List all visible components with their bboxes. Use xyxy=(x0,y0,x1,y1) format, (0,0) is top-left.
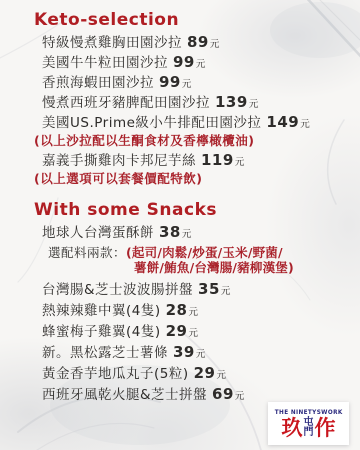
item-name: 蜂蜜梅子雞翼(4隻) xyxy=(42,324,161,340)
item-price: 139 xyxy=(215,93,248,111)
keto-salad-note: (以上沙拉配以生酮食材及香檸橄欖油) xyxy=(34,132,350,150)
snacks-section-title: With some Snacks xyxy=(34,198,350,222)
topping-options-label: 選配料兩款： xyxy=(48,245,126,260)
logo-stack-bottom: 門 xyxy=(304,428,314,438)
logo-char-left: 玖 xyxy=(282,417,303,438)
item-price: 89 xyxy=(187,33,209,51)
item-price: 29 xyxy=(194,364,216,382)
marble-background: Keto-selection 特級慢煮雞胸田園沙拉89元 美國牛牛粒田園沙拉99… xyxy=(0,0,360,450)
item-price-unit: 元 xyxy=(196,349,206,360)
menu-item: 新。黑松露芝士薯條39元 xyxy=(34,342,350,363)
item-name: 美國US.Prime級小牛排配田園沙拉 xyxy=(42,115,261,131)
menu-item: 台灣腸&芝士波波腸拼盤35元 xyxy=(34,279,350,300)
item-name: 香煎海蝦田園沙拉 xyxy=(42,75,154,91)
item-name: 特級慢煮雞胸田園沙拉 xyxy=(42,35,182,51)
menu-item: 蜂蜜梅子雞翼(4隻)29元 xyxy=(34,321,350,342)
item-price: 39 xyxy=(173,343,195,361)
item-price: 99 xyxy=(159,73,181,91)
item-price-unit: 元 xyxy=(235,391,245,402)
item-price: 35 xyxy=(198,280,220,298)
menu-content: Keto-selection 特級慢煮雞胸田園沙拉89元 美國牛牛粒田園沙拉99… xyxy=(34,8,350,405)
item-price-unit: 元 xyxy=(189,328,199,339)
logo-char-right: 作 xyxy=(315,417,336,438)
logo-brand-text: THE NINETYSWORK xyxy=(275,409,343,417)
item-price: 69 xyxy=(212,385,234,403)
item-name: 地球人台灣蛋酥餅 xyxy=(42,225,154,241)
item-price: 149 xyxy=(266,113,299,131)
logo-stack-top: 屯 xyxy=(304,418,314,428)
menu-item: 熱辣辣雞中翼(4隻)28元 xyxy=(34,300,350,321)
keto-combo-note: (以上選項可以套餐價配特飲) xyxy=(34,170,350,188)
menu-item: 特級慢煮雞胸田園沙拉89元 xyxy=(34,32,350,52)
menu-item: 黃金香芋地瓜丸子(5粒)29元 xyxy=(34,363,350,384)
topping-options: 選配料兩款：(起司/肉鬆/炒蛋/玉米/野菌/ 薯餅/鮪魚/台灣腸/豬柳漢堡) xyxy=(34,245,350,275)
section-spacer xyxy=(34,188,350,198)
menu-item: 嘉義手撕雞肉卡邦尼芋絲119元 xyxy=(34,150,350,170)
topping-options-list-line2: 薯餅/鮪魚/台灣腸/豬柳漢堡) xyxy=(48,260,350,275)
item-price-unit: 元 xyxy=(182,79,192,90)
menu-item: 慢煮西班牙豬脾配田園沙拉139元 xyxy=(34,92,350,112)
item-name: 黃金香芋地瓜丸子(5粒) xyxy=(42,366,189,382)
item-price-unit: 元 xyxy=(221,286,231,297)
item-name: 嘉義手撕雞肉卡邦尼芋絲 xyxy=(42,153,196,169)
item-price-unit: 元 xyxy=(189,307,199,318)
item-price-unit: 元 xyxy=(249,99,259,110)
item-price-unit: 元 xyxy=(235,157,245,168)
logo-stacked-chars: 屯 門 xyxy=(304,418,314,438)
item-price-unit: 元 xyxy=(217,370,227,381)
item-name: 台灣腸&芝士波波腸拼盤 xyxy=(42,282,193,298)
item-price: 38 xyxy=(159,223,181,241)
logo-characters: 玖 屯 門 作 xyxy=(282,417,336,438)
menu-item: 地球人台灣蛋酥餅38元 xyxy=(34,222,350,243)
menu-item: 美國US.Prime級小牛排配田園沙拉149元 xyxy=(34,112,350,132)
item-name: 新。黑松露芝士薯條 xyxy=(42,345,168,361)
item-price: 99 xyxy=(173,53,195,71)
keto-section-title: Keto-selection xyxy=(34,8,350,32)
item-price-unit: 元 xyxy=(182,229,192,240)
item-price: 119 xyxy=(201,151,234,169)
restaurant-logo: THE NINETYSWORK 玖 屯 門 作 xyxy=(268,402,349,445)
item-price: 29 xyxy=(166,322,188,340)
item-name: 熱辣辣雞中翼(4隻) xyxy=(42,303,161,319)
item-name: 美國牛牛粒田園沙拉 xyxy=(42,55,168,71)
item-price: 28 xyxy=(166,301,188,319)
menu-item: 美國牛牛粒田園沙拉99元 xyxy=(34,52,350,72)
item-name: 西班牙風乾火腿&芝士拼盤 xyxy=(42,387,207,403)
item-price-unit: 元 xyxy=(210,39,220,50)
item-name: 慢煮西班牙豬脾配田園沙拉 xyxy=(42,95,210,111)
item-price-unit: 元 xyxy=(300,119,310,130)
item-price-unit: 元 xyxy=(196,59,206,70)
menu-item: 香煎海蝦田園沙拉99元 xyxy=(34,72,350,92)
topping-options-list-line1: (起司/肉鬆/炒蛋/玉米/野菌/ xyxy=(126,245,283,260)
